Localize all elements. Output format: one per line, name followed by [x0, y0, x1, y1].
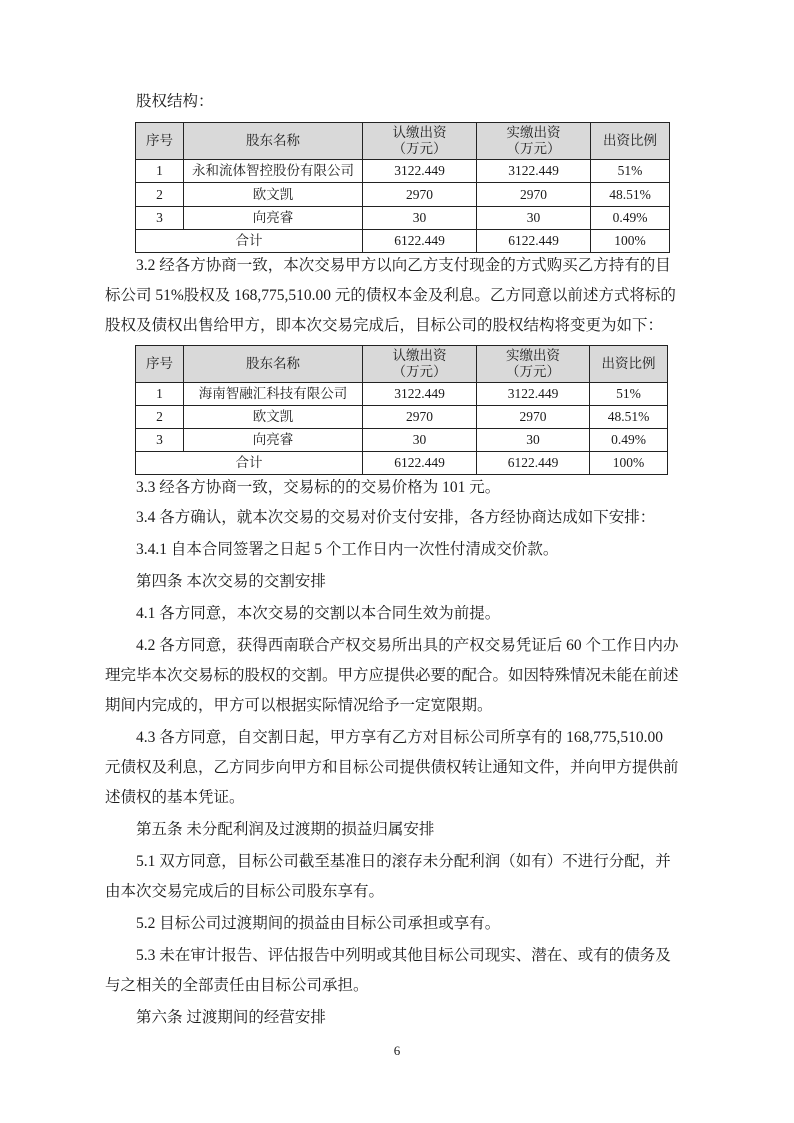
total-paid: 6122.449	[477, 452, 590, 475]
cell-ratio: 0.49%	[591, 207, 670, 230]
para-4-3-line-3: 述债权的基本凭证。	[105, 788, 245, 808]
cell-name: 永和流体智控股份有限公司	[184, 160, 363, 183]
table-row: 1 海南智融汇科技有限公司 3122.449 3122.449 51%	[136, 383, 668, 406]
total-label: 合计	[136, 452, 363, 475]
cell-paid: 2970	[477, 406, 590, 429]
para-3-2-line-3: 股权及债权出售给甲方，即本次交易完成后，目标公司的股权结构将变更为如下：	[105, 316, 663, 336]
header-no: 序号	[136, 346, 184, 383]
header-ratio: 出资比例	[591, 123, 670, 160]
cell-paid: 30	[477, 429, 590, 452]
para-5-3-line-1: 5.3 未在审计报告、评估报告中列明或其他目标公司现实、潜在、或有的债务及	[136, 946, 671, 966]
table-row: 1 永和流体智控股份有限公司 3122.449 3122.449 51%	[136, 160, 670, 183]
cell-subscribed: 30	[363, 207, 477, 230]
cell-ratio: 51%	[590, 383, 668, 406]
para-4-1: 4.1 各方同意，本次交易的交割以本合同生效为前提。	[136, 604, 500, 624]
article-5-heading: 第五条 未分配利润及过渡期的损益归属安排	[136, 820, 434, 840]
para-3-2-line-1: 3.2 经各方协商一致，本次交易甲方以向乙方支付现金的方式购买乙方持有的目	[136, 256, 671, 276]
total-label: 合计	[136, 230, 363, 253]
table-row: 3 向亮睿 30 30 0.49%	[136, 429, 668, 452]
total-subscribed: 6122.449	[363, 230, 477, 253]
para-4-2-line-2: 理完毕本次交易标的股权的交割。甲方应提供必要的配合。如因特殊情况未能在前述	[105, 666, 679, 686]
page-number: 6	[0, 1043, 794, 1059]
header-name: 股东名称	[184, 123, 363, 160]
cell-paid: 3122.449	[477, 160, 591, 183]
header-subscribed: 认缴出资（万元）	[363, 123, 477, 160]
equity-structure-heading: 股权结构：	[136, 92, 214, 112]
cell-no: 2	[136, 406, 184, 429]
total-ratio: 100%	[591, 230, 670, 253]
para-5-1-line-1: 5.1 双方同意，目标公司截至基准日的滚存未分配利润（如有）不进行分配，并	[136, 852, 671, 872]
article-4-heading: 第四条 本次交易的交割安排	[136, 572, 326, 592]
para-5-1-line-2: 由本次交易完成后的目标公司股东享有。	[105, 882, 384, 902]
total-subscribed: 6122.449	[363, 452, 477, 475]
cell-ratio: 48.51%	[591, 183, 670, 207]
para-3-3: 3.3 经各方协商一致，交易标的的交易价格为 101 元。	[136, 478, 500, 498]
cell-no: 2	[136, 183, 184, 207]
cell-paid: 2970	[477, 183, 591, 207]
para-5-2: 5.2 目标公司过渡期间的损益由目标公司承担或享有。	[136, 914, 500, 934]
cell-ratio: 51%	[591, 160, 670, 183]
para-5-3-line-2: 与之相关的全部责任由目标公司承担。	[105, 976, 369, 996]
para-4-2-line-3: 期间内完成的，甲方可以根据实际情况给予一定宽限期。	[105, 696, 493, 716]
table-header-row: 序号 股东名称 认缴出资（万元） 实缴出资（万元） 出资比例	[136, 346, 668, 383]
cell-name: 向亮睿	[184, 429, 363, 452]
table-total-row: 合计 6122.449 6122.449 100%	[136, 230, 670, 253]
cell-no: 1	[136, 160, 184, 183]
cell-subscribed: 3122.449	[363, 160, 477, 183]
cell-subscribed: 30	[363, 429, 477, 452]
article-6-heading: 第六条 过渡期间的经营安排	[136, 1008, 326, 1028]
para-4-3-line-1: 4.3 各方同意，自交割日起，甲方享有乙方对目标公司所享有的 168,775,5…	[136, 728, 663, 748]
cell-paid: 3122.449	[477, 383, 590, 406]
table-total-row: 合计 6122.449 6122.449 100%	[136, 452, 668, 475]
cell-ratio: 48.51%	[590, 406, 668, 429]
total-ratio: 100%	[590, 452, 668, 475]
para-3-4-1: 3.4.1 自本合同签署之日起 5 个工作日内一次性付清成交价款。	[136, 540, 558, 560]
cell-paid: 30	[477, 207, 591, 230]
table-row: 2 欧文凯 2970 2970 48.51%	[136, 406, 668, 429]
equity-table-before: 序号 股东名称 认缴出资（万元） 实缴出资（万元） 出资比例 1 永和流体智控股…	[135, 122, 670, 253]
table-header-row: 序号 股东名称 认缴出资（万元） 实缴出资（万元） 出资比例	[136, 123, 670, 160]
para-4-3-line-2: 元债权及利息，乙方同步向甲方和目标公司提供债权转让通知文件，并向甲方提供前	[105, 758, 679, 778]
para-3-2-line-2: 标公司 51%股权及 168,775,510.00 元的债权本金及利息。乙方同意…	[105, 286, 676, 306]
cell-subscribed: 3122.449	[363, 383, 477, 406]
cell-name: 向亮睿	[184, 207, 363, 230]
cell-no: 1	[136, 383, 184, 406]
header-no: 序号	[136, 123, 184, 160]
cell-no: 3	[136, 207, 184, 230]
cell-name: 海南智融汇科技有限公司	[184, 383, 363, 406]
cell-name: 欧文凯	[184, 406, 363, 429]
para-3-4: 3.4 各方确认，就本次交易的交易对价支付安排，各方经协商达成如下安排：	[136, 508, 655, 528]
header-name: 股东名称	[184, 346, 363, 383]
cell-subscribed: 2970	[363, 406, 477, 429]
header-subscribed: 认缴出资（万元）	[363, 346, 477, 383]
header-ratio: 出资比例	[590, 346, 668, 383]
table-row: 3 向亮睿 30 30 0.49%	[136, 207, 670, 230]
cell-ratio: 0.49%	[590, 429, 668, 452]
cell-name: 欧文凯	[184, 183, 363, 207]
header-paid: 实缴出资（万元）	[477, 123, 591, 160]
cell-no: 3	[136, 429, 184, 452]
table-row: 2 欧文凯 2970 2970 48.51%	[136, 183, 670, 207]
para-4-2-line-1: 4.2 各方同意，获得西南联合产权交易所出具的产权交易凭证后 60 个工作日内办	[136, 636, 679, 656]
cell-subscribed: 2970	[363, 183, 477, 207]
equity-table-after: 序号 股东名称 认缴出资（万元） 实缴出资（万元） 出资比例 1 海南智融汇科技…	[135, 345, 668, 475]
total-paid: 6122.449	[477, 230, 591, 253]
header-paid: 实缴出资（万元）	[477, 346, 590, 383]
